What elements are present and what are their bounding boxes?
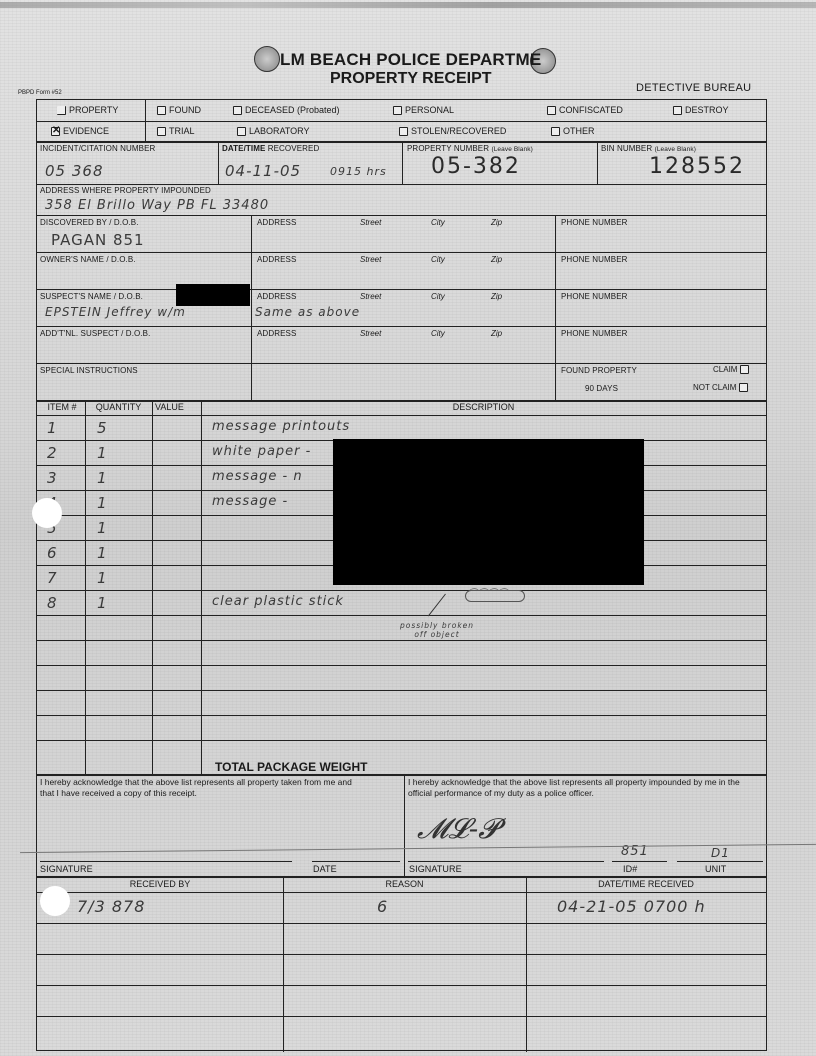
custody-row [37, 1016, 766, 1047]
checkbox-icon [57, 106, 66, 115]
zip-label: Zip [491, 255, 502, 264]
column-header-reason: REASON [283, 879, 526, 889]
date-label: DATE [313, 864, 337, 874]
incident-number-label: INCIDENT/CITATION NUMBER [40, 144, 155, 153]
owner-name-label: OWNER'S NAME / D.O.B. [40, 255, 136, 264]
checkbox-label: DESTROY [685, 105, 729, 115]
table-row: 81clear plastic stick [37, 590, 766, 615]
column-header-datetime-received: DATE/TIME RECEIVED [526, 879, 766, 889]
checkbox-label: NOT CLAIM [693, 383, 736, 392]
checkbox-icon [393, 106, 402, 115]
label-note: (Leave Blank) [655, 146, 696, 153]
form-number: PBPD Form #52 [18, 90, 62, 96]
checkbox-icon [237, 127, 246, 136]
checkbox-icon [547, 106, 556, 115]
discovered-by-label: DISCOVERED BY / D.O.B. [40, 218, 139, 227]
description-cell[interactable]: message printouts [212, 419, 512, 434]
checkbox-laboratory[interactable]: LABORATORY [237, 126, 310, 136]
discovered-by-value[interactable]: PAGAN 851 [51, 231, 145, 249]
owner-acknowledgement-text: I hereby acknowledge that the above list… [40, 777, 360, 799]
checkbox-label: PROPERTY [69, 105, 118, 115]
checkbox-label: CONFISCATED [559, 105, 623, 115]
redaction-block [333, 439, 644, 585]
zip-label: Zip [491, 329, 502, 338]
checkbox-icon [551, 127, 560, 136]
hole-punch [32, 498, 62, 528]
property-receipt-form: PROPERTY FOUND DECEASED (Probated) PERSO… [36, 99, 767, 1051]
checkbox-confiscated[interactable]: CONFISCATED [547, 105, 623, 115]
column-header-quantity: QUANTITY [85, 402, 152, 412]
annotation-text: possibly broken off object [397, 621, 477, 639]
checkbox-label: TRIAL [169, 126, 195, 136]
phone-number-label: PHONE NUMBER [561, 218, 628, 227]
checkbox-property[interactable]: PROPERTY [57, 105, 118, 115]
checkbox-not-claim[interactable]: NOT CLAIM [693, 383, 748, 392]
checkbox-icon [233, 106, 242, 115]
quantity-cell[interactable]: 5 [97, 419, 147, 437]
checkbox-personal[interactable]: PERSONAL [393, 105, 454, 115]
quantity-cell[interactable]: 1 [97, 569, 147, 587]
label-text: BIN NUMBER [601, 144, 652, 153]
city-label: City [431, 218, 445, 227]
label-text: PROPERTY NUMBER [407, 144, 489, 153]
id-label: ID# [623, 864, 637, 874]
officer-signature[interactable]: 𝓜𝓛-𝓟 [417, 812, 537, 860]
zip-label: Zip [491, 292, 502, 301]
ninety-days-label: 90 DAYS [585, 384, 618, 393]
item-number-cell[interactable]: 1 [47, 419, 83, 437]
checkbox-icon [157, 127, 166, 136]
owner-date-field[interactable] [313, 844, 399, 860]
checkbox-label: STOLEN/RECOVERED [411, 126, 506, 136]
zip-label: Zip [491, 218, 502, 227]
quantity-cell[interactable]: 1 [97, 469, 147, 487]
address-label: ADDRESS [257, 218, 296, 227]
item-number-cell[interactable]: 8 [47, 594, 83, 612]
checkbox-destroy[interactable]: DESTROY [673, 105, 729, 115]
checkbox-claim[interactable]: CLAIM [713, 365, 749, 374]
checkbox-label: EVIDENCE [63, 126, 109, 136]
table-row [37, 640, 766, 665]
suspect-name-label: SUSPECT'S NAME / D.O.B. [40, 292, 143, 301]
quantity-cell[interactable]: 1 [97, 444, 147, 462]
special-instructions-label: SPECIAL INSTRUCTIONS [40, 366, 138, 375]
reason-cell[interactable]: 6 [377, 897, 388, 916]
address-impounded-value[interactable]: 358 El Brillo Way PB FL 33480 [45, 198, 269, 213]
quantity-cell[interactable]: 1 [97, 544, 147, 562]
street-label: Street [360, 292, 381, 301]
table-row: 15message printouts [37, 415, 766, 440]
datetime-received-cell[interactable]: 04-21-05 0700 h [557, 897, 706, 916]
item-number-cell[interactable]: 3 [47, 469, 83, 487]
column-header-item: ITEM # [39, 402, 85, 412]
additional-suspect-label: ADD'T'NL. SUSPECT / D.O.B. [40, 329, 150, 338]
bin-number-label: BIN NUMBER (Leave Blank) [601, 144, 696, 153]
checkbox-label: OTHER [563, 126, 595, 136]
address-impounded-label: ADDRESS WHERE PROPERTY IMPOUNDED [40, 186, 211, 195]
total-package-weight-label: TOTAL PACKAGE WEIGHT [215, 760, 367, 774]
officer-signature-label: SIGNATURE [409, 864, 462, 874]
custody-row [37, 923, 766, 954]
officer-acknowledgement-text: I hereby acknowledge that the above list… [408, 777, 748, 799]
checkbox-icon [673, 106, 682, 115]
address-label: ADDRESS [257, 329, 296, 338]
checkbox-checked-icon [51, 127, 60, 136]
column-header-description: DESCRIPTION [201, 402, 766, 412]
checkbox-icon [739, 383, 748, 392]
checkbox-icon [157, 106, 166, 115]
address-label: ADDRESS [257, 292, 296, 301]
checkbox-other[interactable]: OTHER [551, 126, 595, 136]
quantity-cell[interactable]: 1 [97, 519, 147, 537]
column-header-value: VALUE [155, 402, 195, 412]
item-number-cell[interactable]: 6 [47, 544, 83, 562]
custody-row: 7/3 878604-21-05 0700 h [37, 892, 766, 923]
suspect-address-value[interactable]: Same as above [255, 305, 360, 319]
date-recovered-value[interactable]: 04-11-05 [225, 162, 301, 180]
checkbox-deceased[interactable]: DECEASED (Probated) [233, 105, 340, 115]
sketch-object-icon [465, 590, 525, 602]
column-header-received-by: RECEIVED BY [37, 879, 283, 889]
scan-edge [0, 2, 816, 8]
checkbox-found[interactable]: FOUND [157, 105, 201, 115]
quantity-cell[interactable]: 1 [97, 494, 147, 512]
incident-number-value[interactable]: 05 368 [45, 162, 104, 180]
bin-number-value[interactable]: 128552 [649, 154, 745, 179]
unit-label: UNIT [705, 864, 726, 874]
city-label: City [431, 255, 445, 264]
street-label: Street [360, 218, 381, 227]
label-rest: RECOVERED [265, 144, 319, 153]
checkbox-icon [740, 365, 749, 374]
checkbox-icon [399, 127, 408, 136]
checkbox-label: FOUND [169, 105, 201, 115]
owner-signature-label: SIGNATURE [40, 864, 93, 874]
street-label: Street [360, 255, 381, 264]
item-number-cell[interactable]: 2 [47, 444, 83, 462]
date-recovered-label: DATE/TIME RECOVERED [222, 144, 319, 153]
redaction-block [176, 284, 250, 306]
street-label: Street [360, 329, 381, 338]
city-label: City [431, 329, 445, 338]
checkbox-trial[interactable]: TRIAL [157, 126, 195, 136]
form-title: PROPERTY RECEIPT [330, 70, 492, 88]
table-row [37, 740, 766, 765]
badge-logo-icon [254, 46, 280, 72]
phone-number-label: PHONE NUMBER [561, 255, 628, 264]
suspect-name-value[interactable]: EPSTEIN Jeffrey w/m [45, 305, 186, 319]
property-number-value[interactable]: 05-382 [431, 154, 521, 179]
property-number-label: PROPERTY NUMBER (Leave Blank) [407, 144, 533, 153]
label-bold: DATE/TIME [222, 144, 265, 153]
bureau-label: DETECTIVE BUREAU [636, 82, 751, 94]
custody-row [37, 954, 766, 985]
address-label: ADDRESS [257, 255, 296, 264]
checkbox-label: CLAIM [713, 365, 737, 374]
hole-punch [40, 886, 70, 916]
table-row [37, 690, 766, 715]
checkbox-label: LABORATORY [249, 126, 310, 136]
table-row [37, 715, 766, 740]
received-by-cell[interactable]: 7/3 878 [77, 897, 145, 916]
label-note: (Leave Blank) [491, 146, 532, 153]
checkbox-evidence[interactable]: EVIDENCE [51, 126, 109, 136]
officer-unit-value[interactable]: D1 [711, 846, 730, 860]
checkbox-label: PERSONAL [405, 105, 454, 115]
custody-row [37, 985, 766, 1016]
quantity-cell[interactable]: 1 [97, 594, 147, 612]
phone-number-label: PHONE NUMBER [561, 292, 628, 301]
department-title: LM BEACH POLICE DEPARTME [280, 50, 541, 70]
item-number-cell[interactable]: 7 [47, 569, 83, 587]
table-row [37, 665, 766, 690]
city-label: City [431, 292, 445, 301]
checkbox-stolen-recovered[interactable]: STOLEN/RECOVERED [399, 126, 506, 136]
checkbox-label: DECEASED (Probated) [245, 105, 340, 115]
phone-number-label: PHONE NUMBER [561, 329, 628, 338]
time-recovered-value[interactable]: 0915 hrs [330, 165, 387, 178]
found-property-label: FOUND PROPERTY [561, 366, 637, 375]
